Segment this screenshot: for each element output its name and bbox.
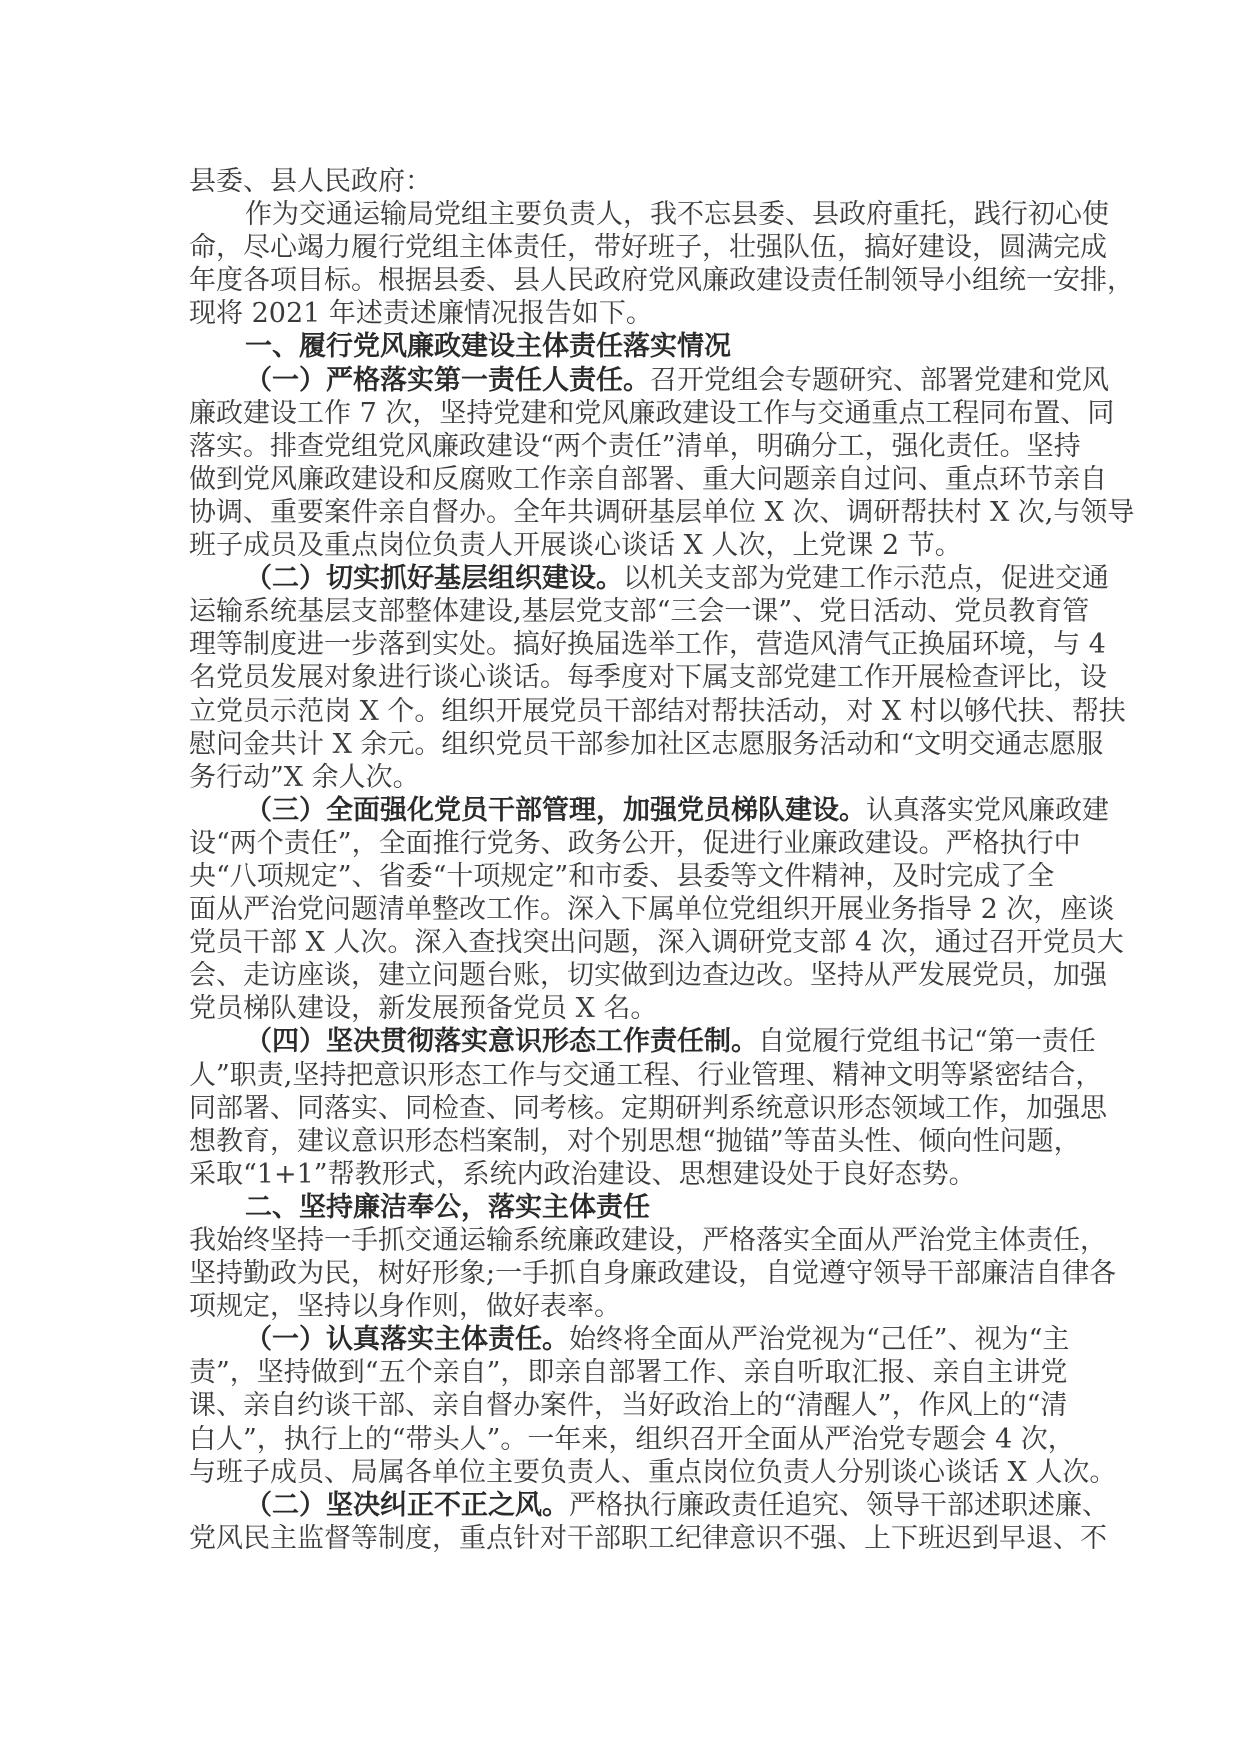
text-line: 立党员示范岗 X 个。组织开展党员干部结对帮扶活动，对 X 村以够代扶、帮扶: [189, 695, 1039, 728]
text-line: 现将 2021 年述责述廉情况报告如下。: [189, 297, 1039, 330]
section-2-item-1: （一）认真落实主体责任。始终将全面从严治党视为“己任”、视为“主 责”，坚持做到…: [189, 1323, 1039, 1488]
text-line: 与班子成员、局属各单位主要负责人、重点岗位负责人分别谈心谈话 X 人次。: [189, 1456, 1039, 1489]
text-line: 落实。排查党组党风廉政建设“两个责任”清单，明确分工，强化责任。坚持: [189, 430, 1039, 463]
text-line: 协调、重要案件亲自督办。全年共调研基层单位 X 次、调研帮扶村 X 次,与领导: [189, 496, 1039, 529]
item-lead: （四）坚决贯彻落实意识形态工作责任制。: [245, 1026, 758, 1057]
item-lead: （一）严格落实第一责任人责任。: [245, 365, 650, 396]
document-body: 县委、县人民政府： 作为交通运输局党组主要负责人，我不忘县委、县政府重托，践行初…: [189, 165, 1039, 1555]
text-line: 采取“1+1”帮教形式，系统内政治建设、思想建设处于良好态势。: [189, 1158, 1039, 1191]
item-text: 召开党组会专题研究、部署党建和党风: [650, 365, 1109, 396]
text-line: （一）认真落实主体责任。始终将全面从严治党视为“己任”、视为“主: [189, 1323, 1039, 1356]
text-line: （二）切实抓好基层组织建设。以机关支部为党建工作示范点，促进交通: [189, 562, 1039, 595]
text-line: 名党员发展对象进行谈心谈话。每季度对下属支部党建工作开展检查评比，设: [189, 661, 1039, 694]
text-line: 央“八项规定”、省委“十项规定”和市委、县委等文件精神，及时完成了全: [189, 860, 1039, 893]
text-line: 做到党风廉政建设和反腐败工作亲自部署、重大问题亲自过问、重点环节亲自: [189, 463, 1039, 496]
section-1-item-1: （一）严格落实第一责任人责任。召开党组会专题研究、部署党建和党风 廉政建设工作 …: [189, 364, 1039, 563]
text-line: 作为交通运输局党组主要负责人，我不忘县委、县政府重托，践行初心使: [189, 198, 1039, 231]
text-line: 慰问金共计 X 余元。组织党员干部参加社区志愿服务活动和“文明交通志愿服: [189, 728, 1039, 761]
text-line: 党风民主监督等制度，重点针对干部职工纪律意识不强、上下班迟到早退、不: [189, 1522, 1039, 1555]
text-line: 想教育，建议意识形态档案制，对个别思想“抛锚”等苗头性、倾向性问题，: [189, 1125, 1039, 1158]
text-line: 课、亲自约谈干部、亲自督办案件，当好政治上的“清醒人”，作风上的“清: [189, 1389, 1039, 1422]
text-line: （四）坚决贯彻落实意识形态工作责任制。自觉履行党组书记“第一责任: [189, 1025, 1039, 1058]
item-text: 认真落实党风廉政建: [866, 795, 1109, 826]
item-text: 以机关支部为党建工作示范点，促进交通: [623, 563, 1109, 594]
text-line: 坚持勤政为民，树好形象;一手抓自身廉政建设，自觉遵守领导干部廉洁自律各: [189, 1257, 1039, 1290]
section-1-item-2: （二）切实抓好基层组织建设。以机关支部为党建工作示范点，促进交通 运输系统基层支…: [189, 562, 1039, 794]
section-1-item-4: （四）坚决贯彻落实意识形态工作责任制。自觉履行党组书记“第一责任 人”职责,坚持…: [189, 1025, 1039, 1190]
text-line: 班子成员及重点岗位负责人开展谈心谈话 X 人次，上党课 2 节。: [189, 529, 1039, 562]
section-2-intro: 我始终坚持一手抓交通运输系统廉政建设，严格落实全面从严治党主体责任， 坚持勤政为…: [189, 1224, 1039, 1323]
text-line: 项规定，坚持以身作则，做好表率。: [189, 1290, 1039, 1323]
item-lead: （一）认真落实主体责任。: [245, 1324, 569, 1355]
text-line: 廉政建设工作 7 次，坚持党建和党风廉政建设工作与交通重点工程同布置、同: [189, 397, 1039, 430]
text-line: 人”职责,坚持把意识形态工作与交通工程、行业管理、精神文明等紧密结合，: [189, 1059, 1039, 1092]
text-line: 运输系统基层支部整体建设,基层党支部“三会一课”、党日活动、党员教育管: [189, 595, 1039, 628]
text-line: 年度各项目标。根据县委、县人民政府党风廉政建设责任制领导小组统一安排，: [189, 264, 1039, 297]
text-line: （一）严格落实第一责任人责任。召开党组会专题研究、部署党建和党风: [189, 364, 1039, 397]
text-line: 白人”，执行上的“带头人”。一年来，组织召开全面从严治党专题会 4 次，: [189, 1423, 1039, 1456]
salutation: 县委、县人民政府：: [189, 165, 1039, 198]
text-line: 会、走访座谈，建立问题台账，切实做到边查边改。坚持从严发展党员，加强: [189, 959, 1039, 992]
section-1-item-3: （三）全面强化党员干部管理，加强党员梯队建设。认真落实党风廉政建 设“两个责任”…: [189, 794, 1039, 1026]
text-line: 理等制度进一步落到实处。搞好换届选举工作，营造风清气正换届环境，与 4: [189, 628, 1039, 661]
text-line: 命，尽心竭力履行党组主体责任，带好班子，壮强队伍，搞好建设，圆满完成: [189, 231, 1039, 264]
item-lead: （三）全面强化党员干部管理，加强党员梯队建设。: [245, 795, 866, 826]
text-line: 责”，坚持做到“五个亲自”，即亲自部署工作、亲自听取汇报、亲自主讲党: [189, 1356, 1039, 1389]
text-line: 务行动”X 余人次。: [189, 761, 1039, 794]
text-line: （二）坚决纠正不正之风。严格执行廉政责任追究、领导干部述职述廉、: [189, 1489, 1039, 1522]
text-line: （三）全面强化党员干部管理，加强党员梯队建设。认真落实党风廉政建: [189, 794, 1039, 827]
item-lead: （二）切实抓好基层组织建设。: [245, 563, 623, 594]
text-line: 设“两个责任”，全面推行党务、政务公开，促进行业廉政建设。严格执行中: [189, 827, 1039, 860]
text-line: 我始终坚持一手抓交通运输系统廉政建设，严格落实全面从严治党主体责任，: [189, 1224, 1039, 1257]
document-page: 县委、县人民政府： 作为交通运输局党组主要负责人，我不忘县委、县政府重托，践行初…: [0, 0, 1240, 1754]
intro-paragraph: 作为交通运输局党组主要负责人，我不忘县委、县政府重托，践行初心使 命，尽心竭力履…: [189, 198, 1039, 330]
text-line: 党员梯队建设，新发展预备党员 X 名。: [189, 992, 1039, 1025]
text-line: 面从严治党问题清单整改工作。深入下属单位党组织开展业务指导 2 次，座谈: [189, 893, 1039, 926]
item-text: 严格执行廉政责任追究、领导干部述职述廉、: [569, 1490, 1109, 1521]
section-2-heading: 二、坚持廉洁奉公，落实主体责任: [189, 1191, 1039, 1224]
section-2-item-2: （二）坚决纠正不正之风。严格执行廉政责任追究、领导干部述职述廉、 党风民主监督等…: [189, 1489, 1039, 1555]
item-lead: （二）坚决纠正不正之风。: [245, 1490, 569, 1521]
section-1-heading: 一、履行党风廉政建设主体责任落实情况: [189, 330, 1039, 363]
text-line: 同部署、同落实、同检查、同考核。定期研判系统意识形态领域工作，加强思: [189, 1092, 1039, 1125]
item-text: 始终将全面从严治党视为“己任”、视为“主: [569, 1324, 1069, 1355]
text-line: 党员干部 X 人次。深入查找突出问题，深入调研党支部 4 次，通过召开党员大: [189, 926, 1039, 959]
item-text: 自觉履行党组书记“第一责任: [758, 1026, 1096, 1057]
